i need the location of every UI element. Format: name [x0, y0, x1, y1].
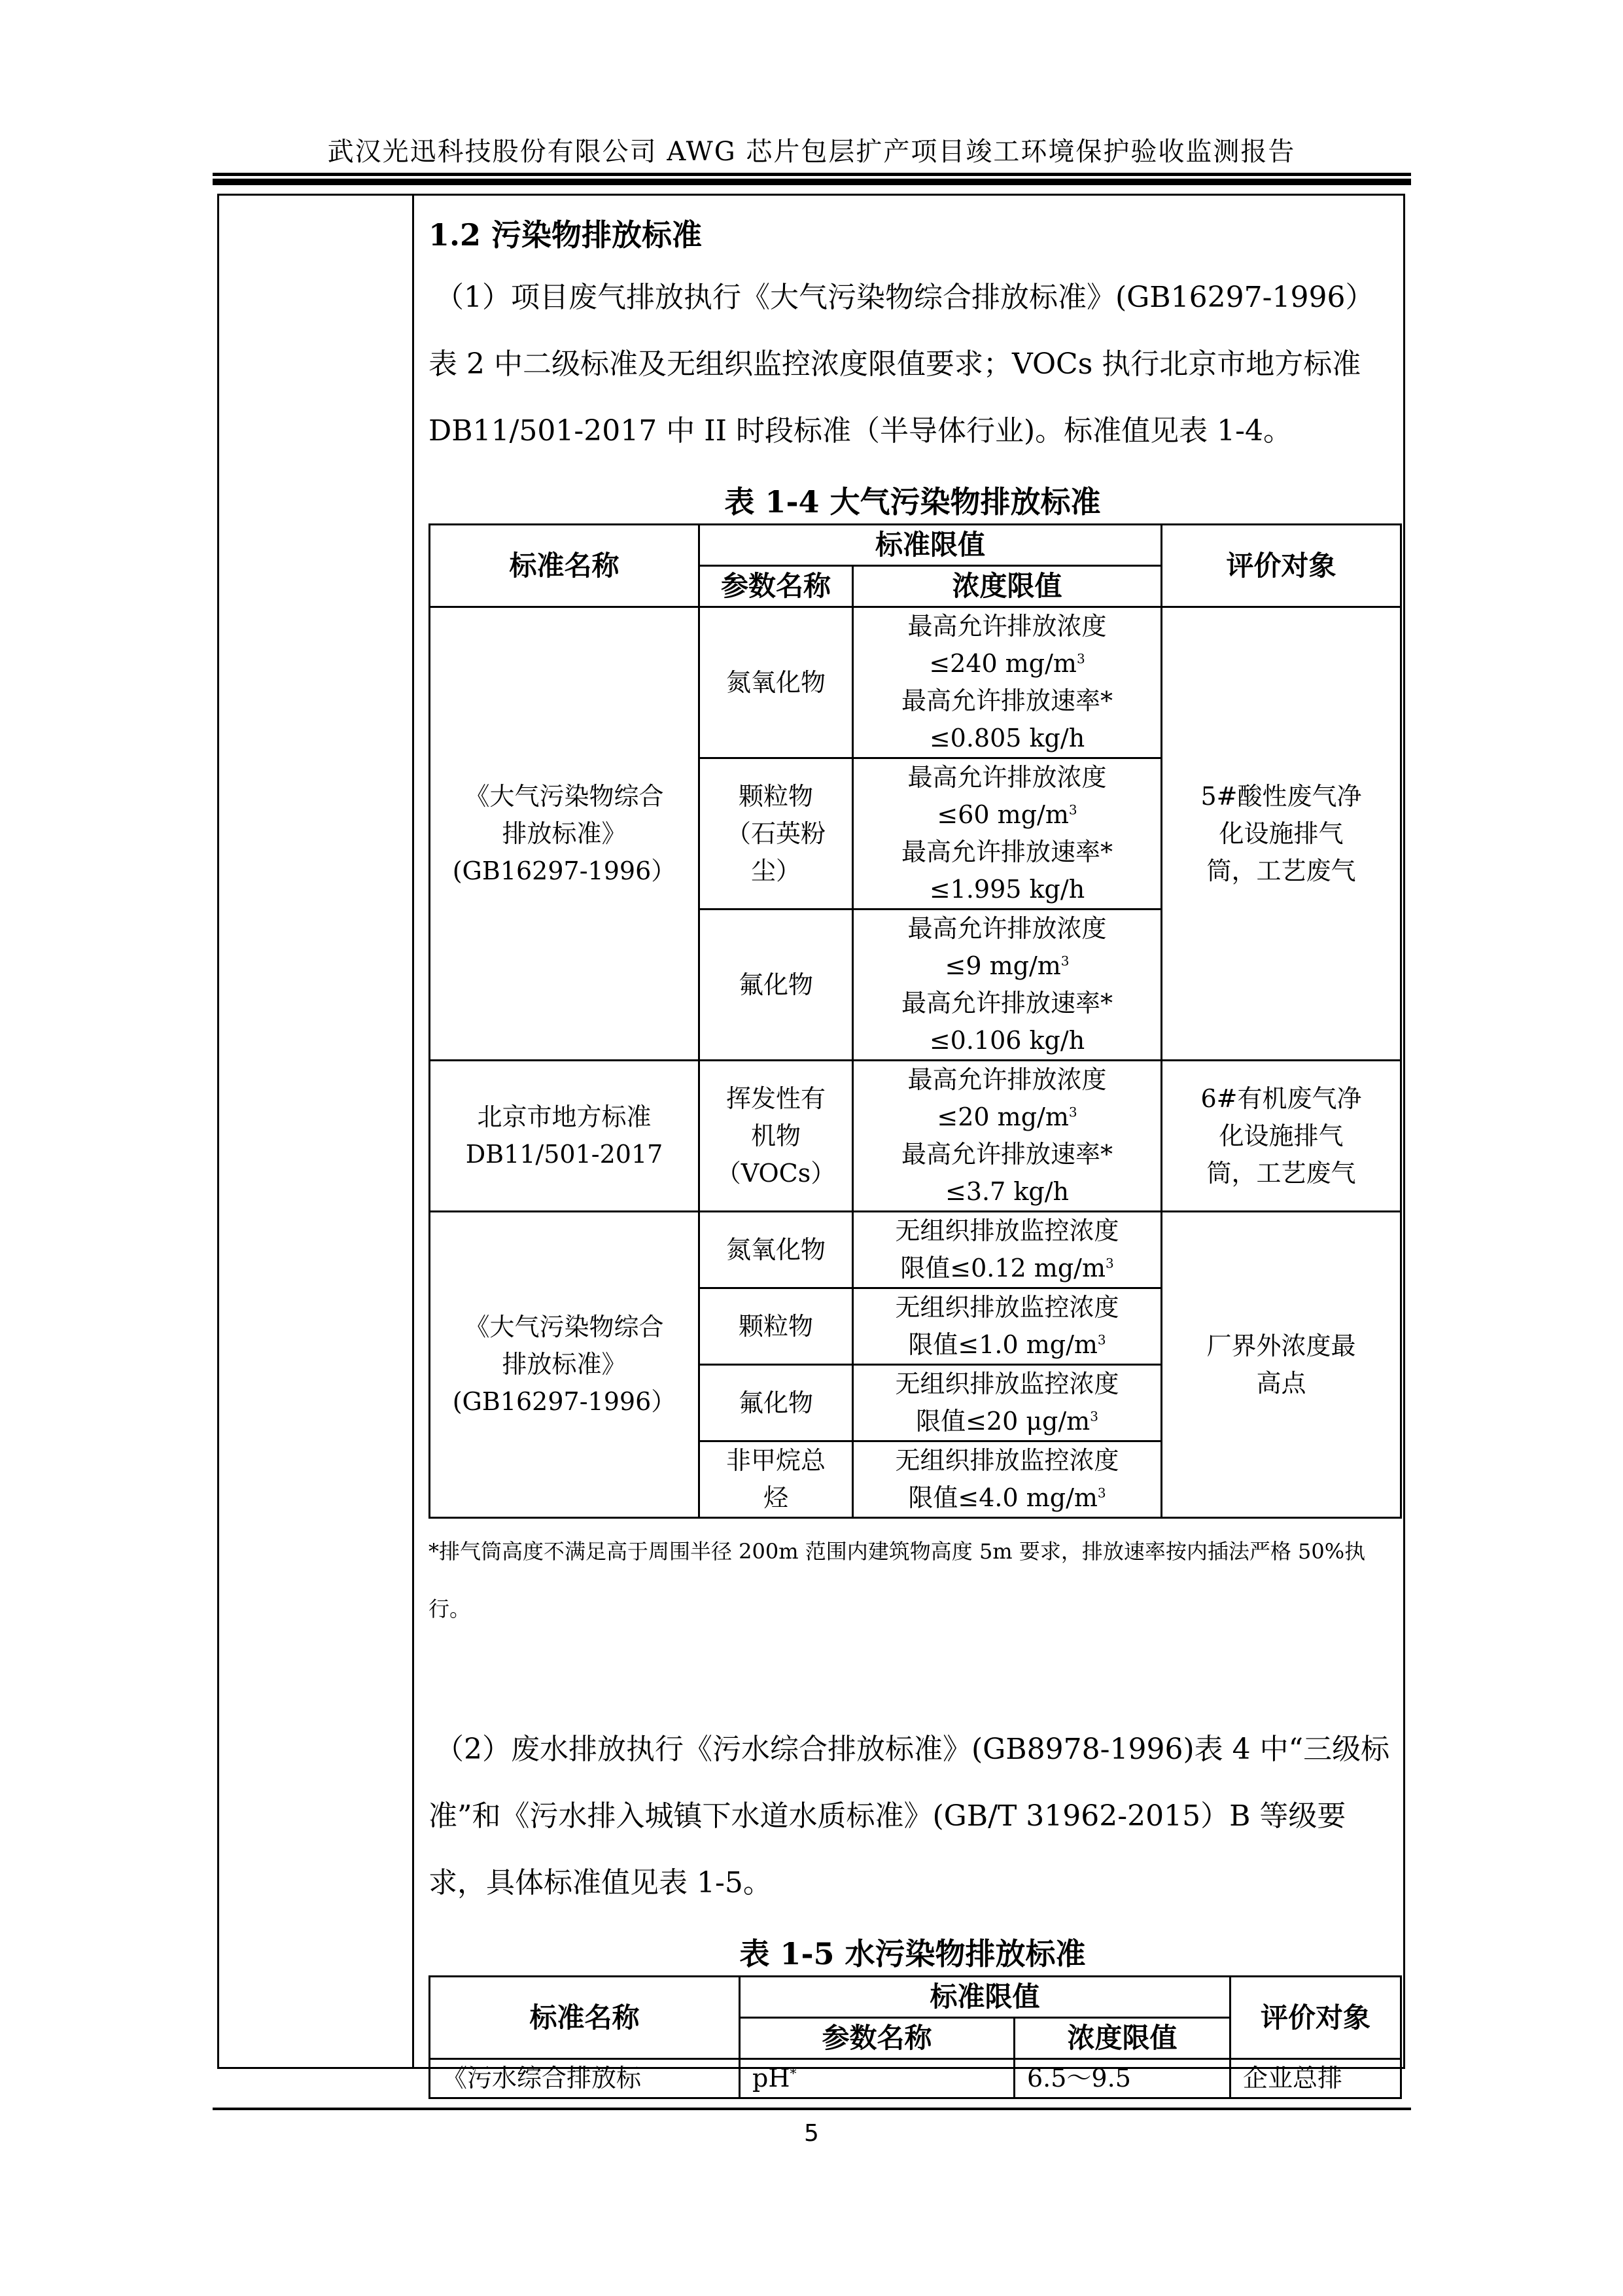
paragraph-water-standards: （2）废水排放执行《污水综合排放标准》(GB8978-1996)表 4 中“三级…	[428, 1716, 1397, 1916]
cell-line: 最高允许排放速率*	[858, 834, 1157, 871]
cell-line: 最高允许排放速率*	[858, 682, 1157, 720]
param-name-cell: 氟化物	[699, 1365, 853, 1441]
superscript: 3	[1077, 650, 1085, 666]
target-cell: 5#酸性废气净化设施排气筒，工艺废气	[1162, 607, 1401, 1061]
cell-line: 氮氧化物	[704, 664, 848, 701]
cell-line: 挥发性有	[704, 1080, 848, 1118]
table-footnote: *排气筒高度不满足高于周围半径 200m 范围内建筑物高度 5m 要求，排放速率…	[428, 1523, 1397, 1638]
param-name-cell: 挥发性有机物（VOCs）	[699, 1061, 853, 1212]
cell-line: ≤60 mg/m3	[858, 796, 1157, 834]
header-param-name: 参数名称	[699, 566, 853, 607]
cell-line: 筒，工艺废气	[1166, 1155, 1396, 1192]
page-number: 5	[0, 2120, 1623, 2147]
standard-name-cell: 《大气污染物综合排放标准》(GB16297-1996）	[430, 607, 699, 1061]
cell-line: ≤0.805 kg/h	[858, 720, 1157, 757]
cell-line: 6#有机废气净	[1166, 1080, 1396, 1118]
cell-line: 氟化物	[704, 1385, 848, 1422]
conc-limit-cell: 6.5～9.5	[1015, 2059, 1230, 2098]
superscript: 3	[1069, 1104, 1077, 1120]
target-cell: 6#有机废气净化设施排气筒，工艺废气	[1162, 1061, 1401, 1212]
cell-line: ≤240 mg/m3	[858, 645, 1157, 682]
table-1-4: 标准名称 标准限值 评价对象 参数名称 浓度限值 《大气污染物综合排放标准》(G…	[428, 523, 1402, 1519]
param-name-cell: pH*	[740, 2059, 1015, 2098]
superscript: 3	[1090, 1408, 1098, 1424]
param-name-cell: 颗粒物	[699, 1288, 853, 1365]
cell-line: 无组织排放监控浓度	[858, 1289, 1157, 1326]
superscript: 3	[1106, 1255, 1114, 1271]
cell-line: 最高允许排放浓度	[858, 910, 1157, 947]
header-rule-thick	[213, 179, 1411, 185]
cell-line: 无组织排放监控浓度	[858, 1212, 1157, 1250]
cell-line: DB11/501-2017	[434, 1136, 694, 1173]
section-title: 1.2 污染物排放标准	[428, 205, 1397, 264]
param-name-cell: 氮氧化物	[699, 1212, 853, 1288]
cell-line: 排放标准》	[434, 1346, 694, 1383]
conc-limit-cell: 无组织排放监控浓度限值≤20 μg/m3	[853, 1365, 1162, 1441]
param-name-cell: 颗粒物（石英粉尘）	[699, 758, 853, 910]
table-1-4-caption: 表 1-4 大气污染物排放标准	[428, 480, 1397, 523]
superscript: 3	[1061, 953, 1070, 968]
header-param-name: 参数名称	[740, 2018, 1015, 2059]
conc-limit-cell: 最高允许排放浓度≤9 mg/m3最高允许排放速率*≤0.106 kg/h	[853, 910, 1162, 1061]
header-target: 评价对象	[1230, 1977, 1401, 2059]
cell-line: 限值≤1.0 mg/m3	[858, 1326, 1157, 1364]
conc-limit-cell: 最高允许排放浓度≤20 mg/m3最高允许排放速率*≤3.7 kg/h	[853, 1061, 1162, 1212]
cell-line: ≤3.7 kg/h	[858, 1173, 1157, 1210]
cell-line: ≤20 mg/m3	[858, 1099, 1157, 1136]
cell-line: (GB16297-1996）	[434, 1383, 694, 1421]
cell-line: 《大气污染物综合	[434, 778, 694, 815]
frame-divider	[412, 194, 414, 2069]
page-header-title: 武汉光迅科技股份有限公司 AWG 芯片包层扩产项目竣工环境保护验收监测报告	[0, 131, 1623, 168]
header-target: 评价对象	[1162, 525, 1401, 607]
cell-line: 烃	[704, 1479, 848, 1517]
standard-name-cell: 《大气污染物综合排放标准》(GB16297-1996）	[430, 1212, 699, 1518]
cell-line: 限值≤20 μg/m3	[858, 1403, 1157, 1440]
cell-line: ≤0.106 kg/h	[858, 1022, 1157, 1059]
cell-line: 《大气污染物综合	[434, 1309, 694, 1346]
header-conc-limit: 浓度限值	[1015, 2018, 1230, 2059]
cell-line: ≤1.995 kg/h	[858, 871, 1157, 908]
cell-line: 筒，工艺废气	[1166, 853, 1396, 890]
cell-line: 北京市地方标准	[434, 1099, 694, 1136]
cell-line: 高点	[1166, 1365, 1396, 1402]
table-row: 北京市地方标准DB11/501-2017挥发性有机物（VOCs）最高允许排放浓度…	[430, 1061, 1401, 1212]
cell-line: 尘）	[704, 853, 848, 890]
param-name-cell: 氟化物	[699, 910, 853, 1061]
cell-line: 氟化物	[704, 966, 848, 1004]
cell-line: 机物	[704, 1118, 848, 1155]
cell-line: （石英粉	[704, 815, 848, 853]
header-limit-group: 标准限值	[740, 1977, 1230, 2018]
cell-line: 化设施排气	[1166, 815, 1396, 853]
conc-limit-cell: 无组织排放监控浓度限值≤1.0 mg/m3	[853, 1288, 1162, 1365]
cell-line: 无组织排放监控浓度	[858, 1366, 1157, 1403]
table-row: 《大气污染物综合排放标准》(GB16297-1996）氮氧化物无组织排放监控浓度…	[430, 1212, 1401, 1288]
superscript: 3	[1098, 1485, 1106, 1500]
cell-line: 最高允许排放浓度	[858, 608, 1157, 645]
paragraph-air-standards: （1）项目废气排放执行《大气污染物综合排放标准》(GB16297-1996）表 …	[428, 264, 1397, 465]
conc-limit-cell: 无组织排放监控浓度限值≤0.12 mg/m3	[853, 1212, 1162, 1288]
cell-line: 厂界外浓度最	[1166, 1328, 1396, 1365]
cell-line: 颗粒物	[704, 1308, 848, 1345]
cell-line: 最高允许排放速率*	[858, 1136, 1157, 1173]
table-1-5: 标准名称 标准限值 评价对象 参数名称 浓度限值 《污水综合排放标pH*6.5～…	[428, 1975, 1402, 2099]
superscript: 3	[1069, 802, 1077, 817]
conc-limit-cell: 最高允许排放浓度≤240 mg/m3最高允许排放速率*≤0.805 kg/h	[853, 607, 1162, 758]
target-cell: 厂界外浓度最高点	[1162, 1212, 1401, 1518]
cell-line: 颗粒物	[704, 778, 848, 815]
header-standard-name: 标准名称	[430, 1977, 740, 2059]
target-cell: 企业总排	[1230, 2059, 1401, 2098]
footer-rule	[213, 2108, 1411, 2110]
cell-line: 最高允许排放浓度	[858, 759, 1157, 796]
superscript: 3	[1098, 1332, 1106, 1347]
conc-limit-cell: 无组织排放监控浓度限值≤4.0 mg/m3	[853, 1441, 1162, 1518]
cell-line: 限值≤4.0 mg/m3	[858, 1479, 1157, 1517]
table-row: 《污水综合排放标pH*6.5～9.5企业总排	[430, 2059, 1401, 2098]
cell-line: 排放标准》	[434, 815, 694, 853]
cell-line: 最高允许排放浓度	[858, 1061, 1157, 1099]
main-content: 1.2 污染物排放标准 （1）项目废气排放执行《大气污染物综合排放标准》(GB1…	[428, 194, 1397, 2099]
param-name-cell: 氮氧化物	[699, 607, 853, 758]
param-name-cell: 非甲烷总烃	[699, 1441, 853, 1518]
cell-line: （VOCs）	[704, 1155, 848, 1192]
header-standard-name: 标准名称	[430, 525, 699, 607]
cell-line: 限值≤0.12 mg/m3	[858, 1250, 1157, 1287]
header-rule	[213, 173, 1411, 176]
cell-line: 非甲烷总	[704, 1442, 848, 1479]
cell-line: 无组织排放监控浓度	[858, 1442, 1157, 1479]
table-1-5-caption: 表 1-5 水污染物排放标准	[428, 1932, 1397, 1975]
conc-limit-cell: 最高允许排放浓度≤60 mg/m3最高允许排放速率*≤1.995 kg/h	[853, 758, 1162, 910]
standard-name-cell: 北京市地方标准DB11/501-2017	[430, 1061, 699, 1212]
table-row: 《大气污染物综合排放标准》(GB16297-1996）氮氧化物最高允许排放浓度≤…	[430, 607, 1401, 758]
cell-line: 5#酸性废气净	[1166, 778, 1396, 815]
cell-line: 化设施排气	[1166, 1118, 1396, 1155]
cell-line: 最高允许排放速率*	[858, 985, 1157, 1022]
header-limit-group: 标准限值	[699, 525, 1162, 566]
cell-line: (GB16297-1996）	[434, 853, 694, 890]
cell-line: ≤9 mg/m3	[858, 947, 1157, 985]
header-conc-limit: 浓度限值	[853, 566, 1162, 607]
standard-name-cell: 《污水综合排放标	[430, 2059, 740, 2098]
cell-line: 氮氧化物	[704, 1231, 848, 1269]
